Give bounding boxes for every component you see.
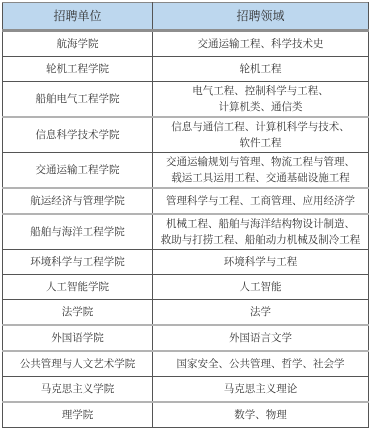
unit-cell: 外国语学院 [3, 325, 153, 351]
unit-cell: 船舶电气工程学院 [3, 82, 153, 118]
unit-cell: 船舶与海洋工程学院 [3, 214, 153, 250]
field-line: 轮机工程 [156, 61, 365, 77]
table-row: 航海学院 交通运输工程、科学技术史 [3, 31, 369, 57]
field-line: 机械工程、船舶与海洋结构物设计制造、 [156, 216, 365, 232]
field-cell: 管理科学与工程、工商管理、应用经济学 [153, 188, 369, 214]
field-cell: 马克思主义理论 [153, 377, 369, 403]
field-cell: 信息与通信工程、计算机科学与技术、软件工程 [153, 117, 369, 153]
table-row: 交通运输工程学院 交通运输规划与管理、物流工程与管理、载运工具运用工程、交通基础… [3, 153, 369, 189]
field-cell: 法学 [153, 300, 369, 326]
field-cell: 交通运输工程、科学技术史 [153, 31, 369, 57]
table-header-row: 招聘单位 招聘领域 [3, 3, 369, 31]
field-cell: 电气工程、控制科学与工程、计算机类、通信类 [153, 82, 369, 118]
unit-cell: 航运经济与管理学院 [3, 188, 153, 214]
unit-cell: 法学院 [3, 300, 153, 326]
unit-cell: 轮机工程学院 [3, 57, 153, 82]
field-line: 软件工程 [156, 135, 365, 151]
field-line: 载运工具运用工程、交通基础设施工程 [156, 170, 365, 186]
field-line: 信息与通信工程、计算机科学与技术、 [156, 119, 365, 135]
header-field: 招聘领域 [153, 3, 369, 31]
unit-cell: 航海学院 [3, 31, 153, 57]
recruitment-table: 招聘单位 招聘领域 航海学院 交通运输工程、科学技术史 轮机工程学院 轮机工程 … [2, 2, 369, 416]
field-line: 电气工程、控制科学与工程、 [156, 83, 365, 99]
table-row: 人工智能学院 人工智能 [3, 275, 369, 300]
field-line: 管理科学与工程、工商管理、应用经济学 [156, 193, 365, 209]
field-cell: 环境科学与工程 [153, 250, 369, 275]
field-line: 法学 [156, 304, 365, 320]
field-cell: 机械工程、船舶与海洋结构物设计制造、救助与打捞工程、船舶动力机械及制冷工程 [153, 214, 369, 250]
unit-cell: 人工智能学院 [3, 275, 153, 300]
field-line: 数学、物理 [156, 407, 365, 416]
unit-cell: 公共管理与人文艺术学院 [3, 351, 153, 377]
table-row: 船舶与海洋工程学院 机械工程、船舶与海洋结构物设计制造、救助与打捞工程、船舶动力… [3, 214, 369, 250]
field-line: 计算机类、通信类 [156, 99, 365, 115]
table-row: 轮机工程学院 轮机工程 [3, 57, 369, 82]
field-line: 环境科学与工程 [156, 254, 365, 270]
table-row: 航运经济与管理学院 管理科学与工程、工商管理、应用经济学 [3, 188, 369, 214]
field-cell: 人工智能 [153, 275, 369, 300]
table-row: 马克思主义学院 马克思主义理论 [3, 377, 369, 403]
table-row: 公共管理与人文艺术学院 国家安全、公共管理、哲学、社会学 [3, 351, 369, 377]
field-cell: 国家安全、公共管理、哲学、社会学 [153, 351, 369, 377]
unit-cell: 理学院 [3, 402, 153, 416]
field-cell: 数学、物理 [153, 402, 369, 416]
recruitment-table-container: 招聘单位 招聘领域 航海学院 交通运输工程、科学技术史 轮机工程学院 轮机工程 … [2, 2, 368, 416]
field-line: 交通运输规划与管理、物流工程与管理、 [156, 154, 365, 170]
field-line: 救助与打捞工程、船舶动力机械及制冷工程 [156, 232, 365, 248]
field-cell: 外国语言文学 [153, 325, 369, 351]
table-row: 法学院 法学 [3, 300, 369, 326]
table-row: 信息科学技术学院 信息与通信工程、计算机科学与技术、软件工程 [3, 117, 369, 153]
unit-cell: 环境科学与工程学院 [3, 250, 153, 275]
field-line: 人工智能 [156, 279, 365, 295]
table-row: 船舶电气工程学院 电气工程、控制科学与工程、计算机类、通信类 [3, 82, 369, 118]
unit-cell: 信息科学技术学院 [3, 117, 153, 153]
field-line: 外国语言文学 [156, 330, 365, 346]
field-line: 交通运输工程、科学技术史 [156, 36, 365, 52]
table-row: 环境科学与工程学院 环境科学与工程 [3, 250, 369, 275]
field-cell: 交通运输规划与管理、物流工程与管理、载运工具运用工程、交通基础设施工程 [153, 153, 369, 189]
header-unit: 招聘单位 [3, 3, 153, 31]
table-row: 外国语学院 外国语言文学 [3, 325, 369, 351]
table-row: 理学院 数学、物理 [3, 402, 369, 416]
unit-cell: 马克思主义学院 [3, 377, 153, 403]
unit-cell: 交通运输工程学院 [3, 153, 153, 189]
field-line: 马克思主义理论 [156, 381, 365, 397]
field-line: 国家安全、公共管理、哲学、社会学 [156, 356, 365, 372]
field-cell: 轮机工程 [153, 57, 369, 82]
